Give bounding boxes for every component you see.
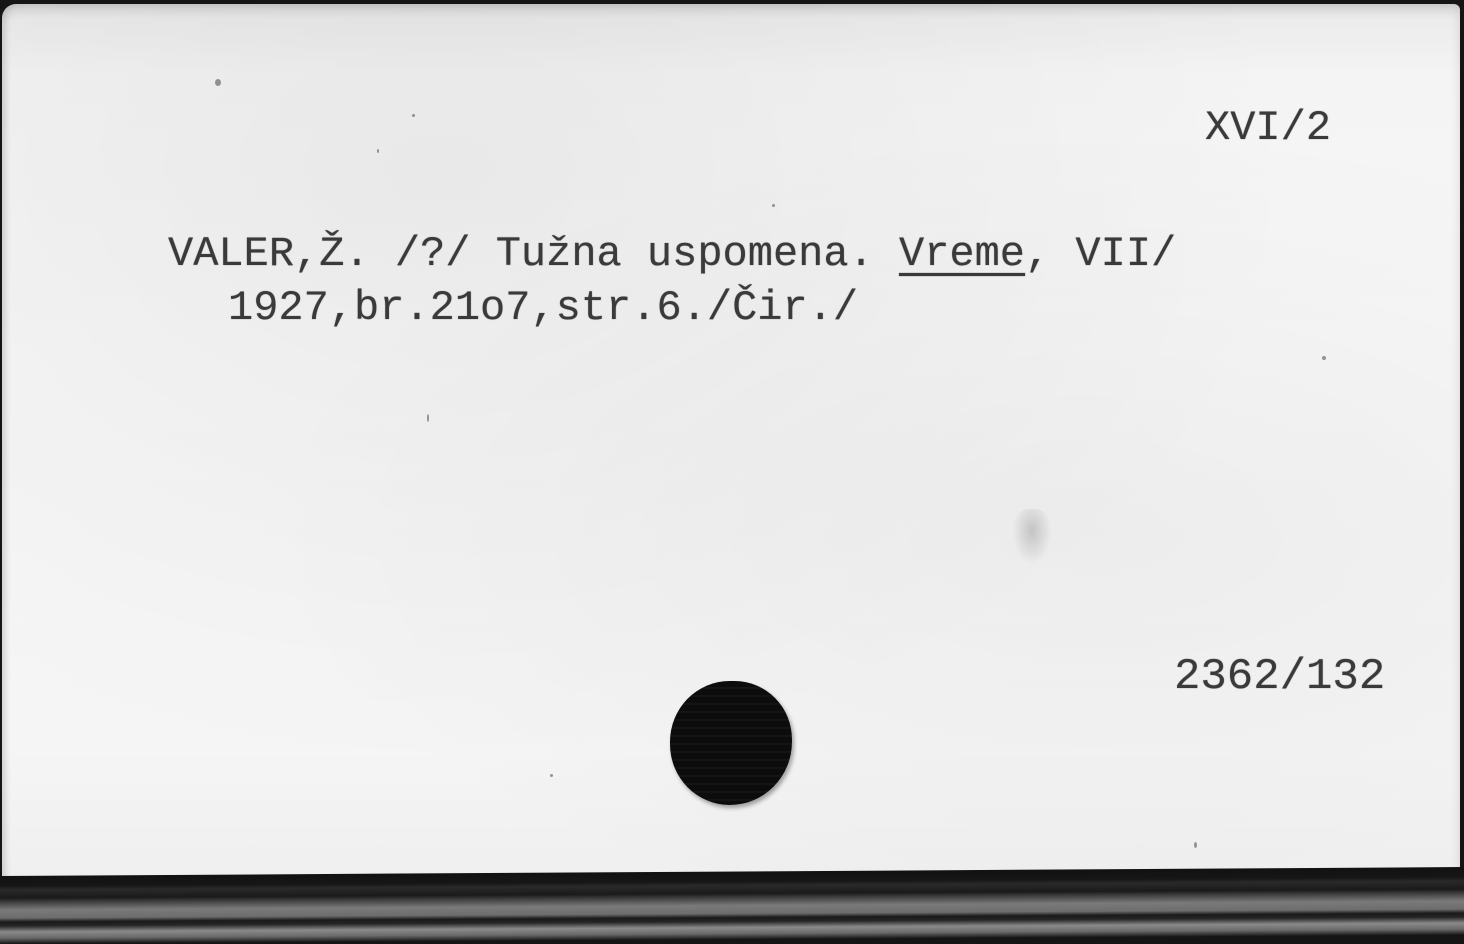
entry-line-1: VALER,Ž. /?/ Tužna uspomena. Vreme, VII/ bbox=[168, 230, 1176, 278]
card-tray-edge bbox=[0, 867, 1464, 944]
volume-info: , VII/ bbox=[1025, 230, 1176, 278]
publication-name: Vreme bbox=[899, 230, 1025, 278]
accession-number: 2362/132 bbox=[1174, 652, 1385, 702]
paper-speck bbox=[377, 149, 379, 153]
catalog-card: XVI/2 VALER,Ž. /?/ Tužna uspomena. Vreme… bbox=[2, 4, 1460, 880]
paper-speck bbox=[1322, 356, 1326, 360]
paper-speck bbox=[427, 414, 429, 422]
classmark: XVI/2 bbox=[1205, 104, 1331, 152]
scanned-catalog-card: XVI/2 VALER,Ž. /?/ Tužna uspomena. Vreme… bbox=[0, 0, 1464, 944]
paper-speck bbox=[550, 774, 553, 777]
author: VALER,Ž. bbox=[168, 230, 370, 278]
article-title: Tužna uspomena. bbox=[496, 230, 874, 278]
paper-speck bbox=[772, 204, 775, 207]
ink-smudge bbox=[1012, 509, 1052, 564]
uncertain-marker: /?/ bbox=[395, 230, 471, 278]
paper-speck bbox=[215, 79, 221, 86]
entry-line-2: 1927,br.21o7,str.6./Čir./ bbox=[228, 284, 858, 332]
punch-hole bbox=[670, 681, 792, 805]
paper-speck bbox=[412, 114, 415, 117]
paper-speck bbox=[1194, 842, 1197, 848]
